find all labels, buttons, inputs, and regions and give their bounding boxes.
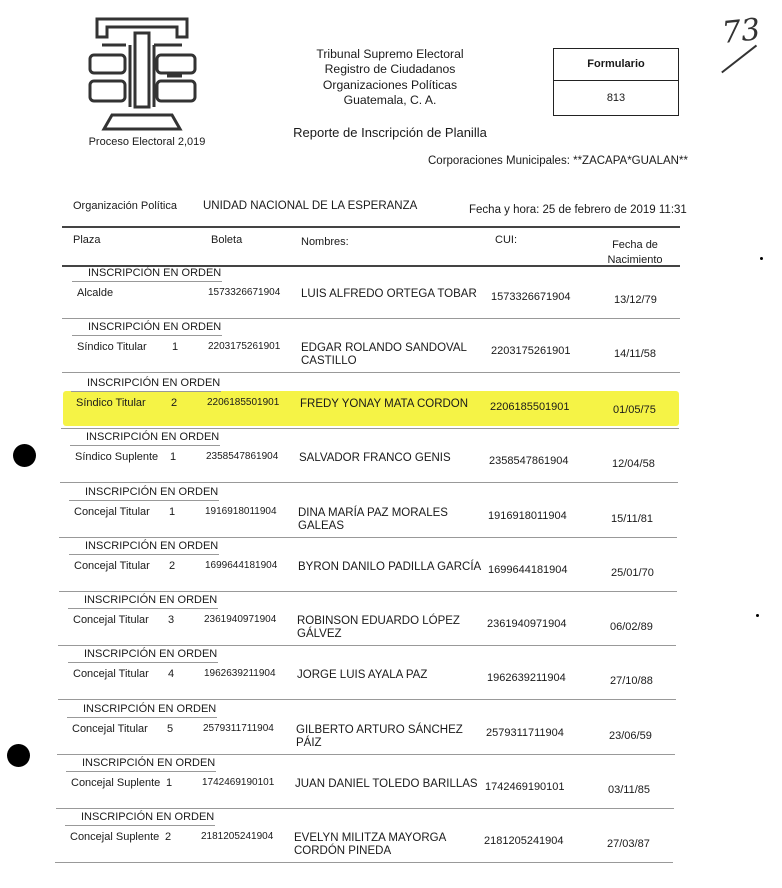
section-label: INSCRIPCIÓN EN ORDEN bbox=[88, 321, 221, 333]
cell-fecha-nacimiento: 03/11/85 bbox=[608, 784, 650, 796]
divider bbox=[62, 372, 680, 373]
table-row: INSCRIPCIÓN EN ORDENConcejal Suplente117… bbox=[0, 757, 782, 811]
cell-cui: 1699644181904 bbox=[488, 564, 568, 576]
cell-nombres: DINA MARÍA PAZ MORALESGALEAS bbox=[298, 507, 448, 533]
speck bbox=[756, 614, 759, 617]
cell-nombres: LUIS ALFREDO ORTEGA TOBAR bbox=[301, 288, 477, 301]
table-row: INSCRIPCIÓN EN ORDENConcejal Titular3236… bbox=[0, 594, 782, 648]
divider bbox=[59, 591, 677, 592]
divider bbox=[65, 825, 215, 826]
form-label: Formulario bbox=[554, 49, 678, 81]
cell-boleta: 2361940971904 bbox=[204, 614, 276, 626]
cell-boleta: 2181205241904 bbox=[201, 831, 273, 843]
cell-fecha-nacimiento: 01/05/75 bbox=[613, 404, 656, 416]
cell-plaza-number: 1 bbox=[166, 777, 172, 789]
divider bbox=[67, 717, 217, 718]
cell-boleta: 2358547861904 bbox=[206, 451, 278, 463]
divider bbox=[72, 335, 222, 336]
table-row: INSCRIPCIÓN EN ORDENConcejal Titular5257… bbox=[0, 703, 782, 757]
organization-value: UNIDAD NACIONAL DE LA ESPERANZA bbox=[203, 200, 417, 212]
divider bbox=[62, 226, 680, 228]
divider bbox=[57, 754, 675, 755]
section-label: INSCRIPCIÓN EN ORDEN bbox=[81, 811, 214, 823]
cell-cui: 1573326671904 bbox=[491, 291, 571, 303]
institution-line: Organizaciones Políticas bbox=[270, 78, 510, 93]
divider bbox=[61, 428, 679, 429]
cell-nombres: GILBERTO ARTURO SÁNCHEZPÁIZ bbox=[296, 724, 463, 750]
process-label: Proceso Electoral 2,019 bbox=[72, 136, 222, 148]
divider bbox=[69, 500, 219, 501]
divider bbox=[56, 808, 674, 809]
cell-cui: 2181205241904 bbox=[484, 835, 564, 847]
section-label: INSCRIPCIÓN EN ORDEN bbox=[87, 377, 220, 389]
cell-boleta: 1962639211904 bbox=[204, 668, 276, 680]
cell-plaza: Concejal Titular bbox=[74, 506, 150, 518]
cell-fecha-nacimiento: 14/11/58 bbox=[614, 348, 656, 360]
column-header-nombres: Nombres: bbox=[301, 236, 349, 248]
table-row: INSCRIPCIÓN EN ORDENConcejal Titular4196… bbox=[0, 648, 782, 702]
cell-boleta: 2203175261901 bbox=[208, 341, 280, 353]
cell-boleta: 2206185501901 bbox=[207, 397, 279, 409]
cell-nombres: JUAN DANIEL TOLEDO BARILLAS bbox=[295, 778, 478, 791]
cell-cui: 2206185501901 bbox=[490, 401, 570, 413]
cell-plaza: Concejal Titular bbox=[73, 614, 149, 626]
divider bbox=[60, 482, 678, 483]
section-label: INSCRIPCIÓN EN ORDEN bbox=[86, 431, 219, 443]
table-row: INSCRIPCIÓN EN ORDENSíndico Suplente1235… bbox=[0, 431, 782, 485]
divider bbox=[69, 554, 219, 555]
tse-logo-icon bbox=[82, 15, 202, 133]
cell-plaza: Concejal Titular bbox=[73, 668, 149, 680]
organization-label: Organización Política bbox=[73, 200, 177, 212]
table-row: INSCRIPCIÓN EN ORDENAlcalde1573326671904… bbox=[0, 267, 782, 321]
cell-nombres: JORGE LUIS AYALA PAZ bbox=[297, 669, 427, 682]
divider bbox=[72, 281, 222, 282]
cell-cui: 2203175261901 bbox=[491, 345, 571, 357]
cell-nombres: EVELYN MILITZA MAYORGACORDÓN PINEDA bbox=[294, 832, 446, 858]
cell-nombres: SALVADOR FRANCO GENIS bbox=[299, 452, 451, 465]
divider bbox=[58, 699, 676, 700]
cell-fecha-nacimiento: 27/03/87 bbox=[607, 838, 650, 850]
cell-plaza-number: 1 bbox=[170, 451, 176, 463]
table-row: INSCRIPCIÓN EN ORDENSíndico Titular12203… bbox=[0, 321, 782, 375]
divider bbox=[70, 445, 220, 446]
cell-cui: 2361940971904 bbox=[487, 618, 567, 630]
institution-line: Guatemala, C. A. bbox=[270, 93, 510, 108]
cell-fecha-nacimiento: 12/04/58 bbox=[612, 458, 655, 470]
cell-plaza: Concejal Suplente bbox=[70, 831, 159, 843]
divider bbox=[68, 662, 218, 663]
punch-hole bbox=[7, 744, 30, 767]
divider bbox=[71, 391, 221, 392]
cell-boleta: 1573326671904 bbox=[208, 287, 280, 299]
table-row: INSCRIPCIÓN EN ORDENSíndico Titular22206… bbox=[0, 377, 782, 431]
report-title: Reporte de Inscripción de Planilla bbox=[270, 125, 510, 140]
section-label: INSCRIPCIÓN EN ORDEN bbox=[85, 540, 218, 552]
cell-nombres: BYRON DANILO PADILLA GARCÍA bbox=[298, 561, 481, 574]
section-label: INSCRIPCIÓN EN ORDEN bbox=[82, 757, 215, 769]
cell-nombres: FREDY YONAY MATA CORDON bbox=[300, 398, 468, 411]
cell-cui: 2358547861904 bbox=[489, 455, 569, 467]
table-row: INSCRIPCIÓN EN ORDENConcejal Titular1191… bbox=[0, 486, 782, 540]
cell-plaza-number: 2 bbox=[165, 831, 171, 843]
divider bbox=[58, 645, 676, 646]
institution-line: Registro de Ciudadanos bbox=[270, 62, 510, 77]
cell-fecha-nacimiento: 23/06/59 bbox=[609, 730, 652, 742]
cell-plaza-number: 3 bbox=[168, 614, 174, 626]
cell-fecha-nacimiento: 13/12/79 bbox=[614, 294, 657, 306]
cell-plaza: Síndico Titular bbox=[77, 341, 147, 353]
section-label: INSCRIPCIÓN EN ORDEN bbox=[85, 486, 218, 498]
cell-boleta: 1699644181904 bbox=[205, 560, 277, 572]
cell-cui: 2579311711904 bbox=[486, 727, 564, 739]
divider bbox=[59, 537, 677, 538]
cell-cui: 1962639211904 bbox=[487, 672, 566, 684]
table-row: INSCRIPCIÓN EN ORDENConcejal Titular2169… bbox=[0, 540, 782, 594]
section-label: INSCRIPCIÓN EN ORDEN bbox=[83, 703, 216, 715]
cell-nombres: EDGAR ROLANDO SANDOVALCASTILLO bbox=[301, 342, 467, 368]
cell-plaza-number: 2 bbox=[169, 560, 175, 572]
cell-boleta: 1742469190101 bbox=[202, 777, 274, 789]
cell-plaza: Síndico Titular bbox=[76, 397, 146, 409]
cell-fecha-nacimiento: 27/10/88 bbox=[610, 675, 653, 687]
cell-boleta: 2579311711904 bbox=[203, 723, 274, 735]
municipal-corporations: Corporaciones Municipales: **ZACAPA*GUAL… bbox=[428, 155, 688, 167]
column-header-boleta: Boleta bbox=[211, 234, 242, 246]
divider bbox=[68, 608, 218, 609]
cell-fecha-nacimiento: 25/01/70 bbox=[611, 567, 654, 579]
institution-line: Tribunal Supremo Electoral bbox=[270, 47, 510, 62]
cell-plaza: Concejal Suplente bbox=[71, 777, 160, 789]
cell-boleta: 1916918011904 bbox=[205, 506, 277, 518]
cell-cui: 1742469190101 bbox=[485, 781, 565, 793]
section-label: INSCRIPCIÓN EN ORDEN bbox=[84, 594, 217, 606]
cell-plaza-number: 1 bbox=[172, 341, 178, 353]
cell-fecha-nacimiento: 15/11/81 bbox=[611, 513, 653, 525]
divider bbox=[62, 318, 680, 319]
form-number-box: Formulario 813 bbox=[553, 48, 679, 116]
cell-plaza-number: 2 bbox=[171, 397, 177, 409]
form-number: 813 bbox=[554, 81, 678, 115]
speck bbox=[760, 257, 763, 260]
punch-hole bbox=[13, 444, 36, 467]
cell-plaza-number: 5 bbox=[167, 723, 173, 735]
cell-cui: 1916918011904 bbox=[488, 510, 567, 522]
column-header-cui: CUI: bbox=[495, 234, 517, 246]
section-label: INSCRIPCIÓN EN ORDEN bbox=[88, 267, 221, 279]
section-label: INSCRIPCIÓN EN ORDEN bbox=[84, 648, 217, 660]
institution-header: Tribunal Supremo Electoral Registro de C… bbox=[270, 47, 510, 108]
cell-plaza: Concejal Titular bbox=[74, 560, 150, 572]
cell-fecha-nacimiento: 06/02/89 bbox=[610, 621, 653, 633]
cell-plaza: Síndico Suplente bbox=[75, 451, 158, 463]
cell-nombres: ROBINSON EDUARDO LÓPEZGÁLVEZ bbox=[297, 615, 460, 641]
cell-plaza: Alcalde bbox=[77, 287, 113, 299]
column-header-plaza: Plaza bbox=[73, 234, 101, 246]
divider bbox=[66, 771, 216, 772]
divider bbox=[55, 862, 673, 863]
cell-plaza: Concejal Titular bbox=[72, 723, 148, 735]
column-header-fecha-nacimiento: Fecha de Nacimiento bbox=[604, 238, 666, 268]
cell-plaza-number: 1 bbox=[169, 506, 175, 518]
cell-plaza-number: 4 bbox=[168, 668, 174, 680]
report-datetime: Fecha y hora: 25 de febrero de 2019 11:3… bbox=[469, 204, 687, 216]
table-row: INSCRIPCIÓN EN ORDENConcejal Suplente221… bbox=[0, 811, 782, 865]
